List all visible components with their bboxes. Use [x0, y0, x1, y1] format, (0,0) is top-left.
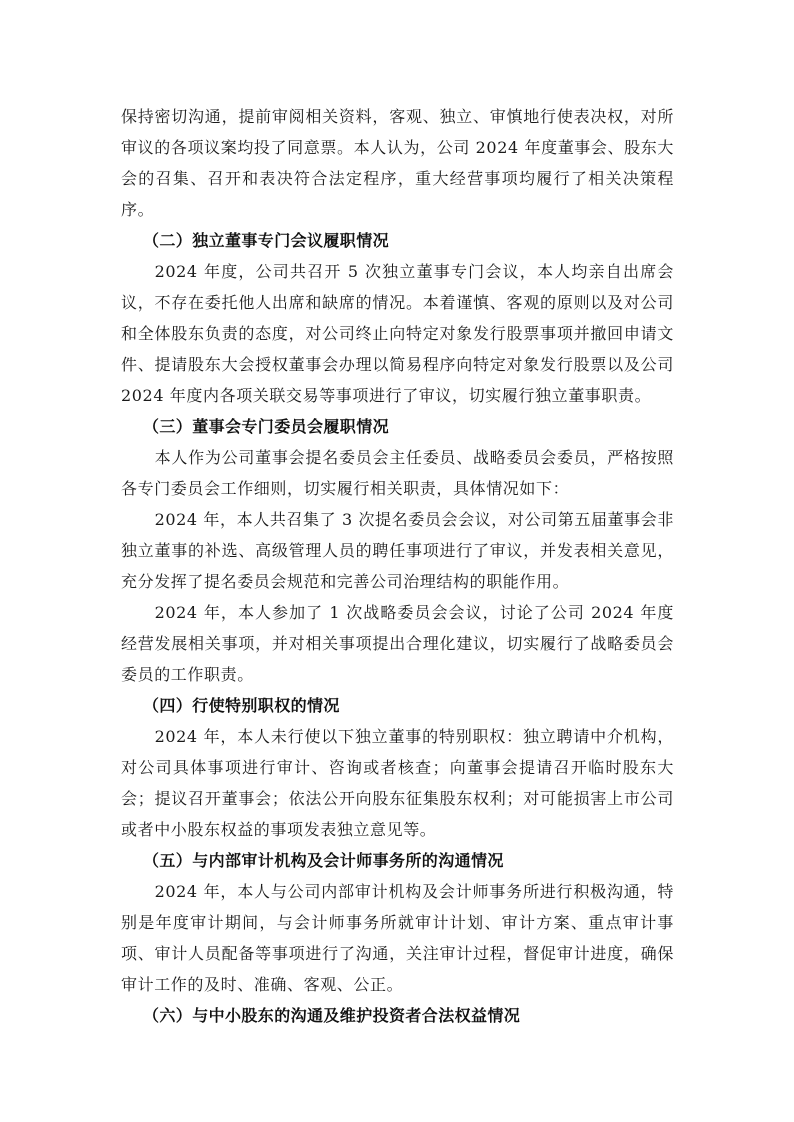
heading-minority-shareholders: （六）与中小股东的沟通及维护投资者合法权益情况 — [121, 1000, 674, 1031]
heading-special-meetings: （二）独立董事专门会议履职情况 — [121, 225, 674, 256]
paragraph-strategy-committee: 2024 年，本人参加了 1 次战略委员会会议，讨论了公司 2024 年度经营发… — [121, 597, 674, 690]
paragraph-nomination-committee: 2024 年，本人共召集了 3 次提名委员会会议，对公司第五届董事会非独立董事的… — [121, 504, 674, 597]
document-page: 保持密切沟通，提前审阅相关资料，客观、独立、审慎地行使表决权，对所审议的各项议案… — [121, 101, 674, 1031]
heading-audit-communication: （五）与内部审计机构及会计师事务所的沟通情况 — [121, 845, 674, 876]
paragraph-special-meetings: 2024 年度，公司共召开 5 次独立董事专门会议，本人均亲自出席会议，不存在委… — [121, 256, 674, 411]
heading-special-powers: （四）行使特别职权的情况 — [121, 690, 674, 721]
paragraph-voting-continuation: 保持密切沟通，提前审阅相关资料，客观、独立、审慎地行使表决权，对所审议的各项议案… — [121, 101, 674, 225]
heading-committees: （三）董事会专门委员会履职情况 — [121, 411, 674, 442]
paragraph-special-powers: 2024 年，本人未行使以下独立董事的特别职权：独立聘请中介机构，对公司具体事项… — [121, 721, 674, 845]
paragraph-committee-roles: 本人作为公司董事会提名委员会主任委员、战略委员会委员，严格按照各专门委员会工作细… — [121, 442, 674, 504]
paragraph-audit-communication: 2024 年，本人与公司内部审计机构及会计师事务所进行积极沟通，特别是年度审计期… — [121, 876, 674, 1000]
